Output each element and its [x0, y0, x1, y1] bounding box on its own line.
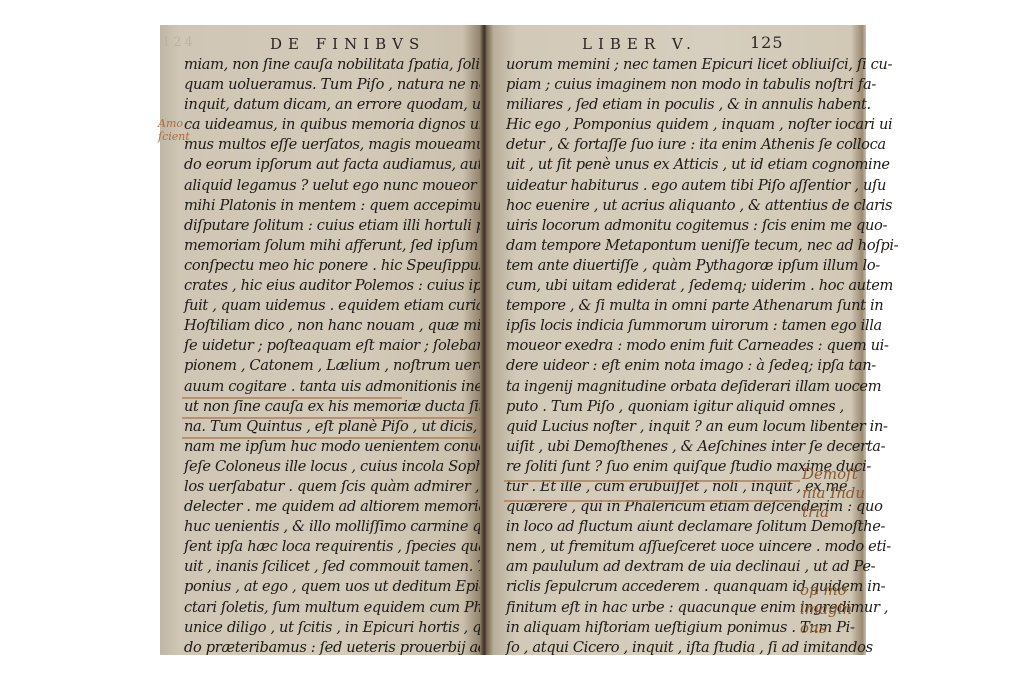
text-line: tem ante diuertiſſe , quàm Pythagoræ ipſ… [506, 256, 806, 276]
text-line: ta ingenij magnitudine orbata deſiderari… [506, 377, 806, 397]
ghost-page-number: 124 [162, 35, 196, 50]
text-line: ut non ſine cauſa ex his memoriæ ducta ſ… [184, 397, 484, 417]
text-line: dere uideor : eſt enim nota imago : à ſe… [506, 356, 806, 376]
text-line: quam uolueramus. Tum Piſo , natura ne no… [184, 75, 484, 95]
text-line: mihi Platonis in mentem : quem accepimus… [184, 196, 484, 216]
text-line: ipſis locis indicia ſummorum uirorum : t… [506, 316, 806, 336]
text-line: uiris locorum admonitu cogitemus : ſcis … [506, 216, 806, 236]
text-line: in loco ad fluctum aiunt declamare ſolit… [506, 517, 806, 537]
margin-annotation: op mo imagin ons [800, 581, 852, 638]
text-line: re ſoliti ſunt ? ſuo enim quiſque ſtudio… [506, 457, 806, 477]
page-number: 125 [750, 33, 784, 52]
text-line: auum cogitare . tanta uis admonitionis i… [184, 377, 484, 397]
text-line: miam, non ſine cauſa nobilitata ſpatia, … [184, 55, 484, 75]
text-line: uit , ut ſit penè unus ex Atticis , ut i… [506, 155, 806, 175]
ink-underline [504, 480, 800, 482]
text-line: ſe uidetur ; poſteaquam eſt maior ; ſole… [184, 336, 484, 356]
right-page-text: uorum memini ; nec tamen Epicuri licet o… [506, 55, 806, 658]
text-line: unice diligo , ut ſcitis , in Epicuri ho… [184, 618, 484, 638]
text-line: uiſit , ubi Demoſthenes , & Aeſchines in… [506, 437, 806, 457]
text-line: diſputare ſolitum : cuius etiam illi hor… [184, 216, 484, 236]
text-line: crates , hic eius auditor Polemos : cuiu… [184, 276, 484, 296]
text-line: uit , inanis ſcilicet , ſed commouit tam… [184, 557, 484, 577]
text-line: do eorum ipſorum aut facta audiamus, aut… [184, 155, 484, 175]
open-book: 124 DE FINIBVS miam, non ſine cauſa nobi… [160, 25, 866, 655]
text-line: puto . Tum Piſo , quoniam igitur aliquid… [506, 397, 806, 417]
text-line: mus multos eſſe uerſatos, magis moueamur… [184, 135, 484, 155]
text-line: do præteribamus : ſed ueteris prouerbij … [184, 638, 484, 658]
text-line: Hoſtiliam dico , non hanc nouam , quæ mi… [184, 316, 484, 336]
text-line: huc uenientis , & illo molliſſimo carmin… [184, 517, 484, 537]
running-head-left: DE FINIBVS [270, 35, 425, 53]
text-line: riclis ſepulcrum accederem . quanquam id… [506, 577, 806, 597]
text-line: moueor exedra : modo enim fuit Carneades… [506, 336, 806, 356]
text-line: Hic ego , Pomponius quidem , inquam , no… [506, 115, 806, 135]
left-page: 124 DE FINIBVS miam, non ſine cauſa nobi… [160, 25, 482, 655]
margin-annotation: Demoſt nia Indu tria [802, 465, 865, 522]
text-line: ponius , at ego , quem uos ut deditum Ep… [184, 577, 484, 597]
ink-underline [182, 417, 480, 419]
text-line: nam me ipſum huc modo uenientem conuerte… [184, 437, 484, 457]
text-line: los uerſabatur . quem ſcis quàm admirer … [184, 477, 484, 497]
text-line: piam ; cuius imaginem non modo in tabuli… [506, 75, 806, 95]
text-line: am paululum ad dextram de uia declinaui … [506, 557, 806, 577]
running-head-right: LIBER V. [582, 35, 697, 53]
text-line: uideatur habiturus . ego autem tibi Piſo… [506, 176, 806, 196]
text-line: na. Tum Quintus , eſt planè Piſo , ut di… [184, 417, 484, 437]
left-page-text: miam, non ſine cauſa nobilitata ſpatia, … [184, 55, 484, 658]
text-line: tempore , & ſi multa in omni parte Athen… [506, 296, 806, 316]
text-line: uorum memini ; nec tamen Epicuri licet o… [506, 55, 806, 75]
text-line: memoriam ſolum mihi afferunt, ſed ipſum … [184, 236, 484, 256]
ink-underline [182, 397, 402, 399]
text-line: hoc euenire , ut acrius aliquanto , & at… [506, 196, 806, 216]
text-line: nem , ut fremitum aſſueſceret uoce uince… [506, 537, 806, 557]
ink-underline [504, 500, 800, 502]
text-line: delecter . me quidem ad altiorem memoria… [184, 497, 484, 517]
text-line: ca uideamus, in quibus memoria dignos ui… [184, 115, 484, 135]
text-line: finitum eſt in hac urbe : quacunque enim… [506, 598, 806, 618]
right-page: LIBER V. 125 uorum memini ; nec tamen Ep… [486, 25, 866, 655]
text-line: detur , & fortaſſe ſuo iure : ita enim A… [506, 135, 806, 155]
ink-underline [182, 437, 480, 439]
text-line: cum, ubi uitam ediderat , ſedemq; uideri… [506, 276, 806, 296]
text-line: aliquid legamus ? uelut ego nunc moueor … [184, 176, 484, 196]
text-line: fuit , quam uidemus . equidem etiam curi… [184, 296, 484, 316]
text-line: dam tempore Metapontum ueniſſe tecum, ne… [506, 236, 806, 256]
text-line: inquit, datum dicam, an errore quodam, u… [184, 95, 484, 115]
text-line: in aliquam hiſtoriam ueſtigium ponimus .… [506, 618, 806, 638]
text-line: ſent ipſa hæc loca requirentis , ſpecies… [184, 537, 484, 557]
text-line: ctari ſoletis, ſum multum equidem cum Ph… [184, 598, 484, 618]
text-line: ſeſe Coloneus ille locus , cuius incola … [184, 457, 484, 477]
text-line: pionem , Catonem , Lælium , noſtrum uero… [184, 356, 484, 376]
text-line: quid Lucius noſter , inquit ? an eum loc… [506, 417, 806, 437]
margin-annotation: Amo ſcient [158, 117, 190, 143]
text-line: conſpectu meo hic ponere . hic Speuſippu… [184, 256, 484, 276]
text-line: ſo , atqui Cicero , inquit , iſta ſtudia… [506, 638, 806, 658]
text-line: miliares , ſed etiam in poculis , & in a… [506, 95, 806, 115]
